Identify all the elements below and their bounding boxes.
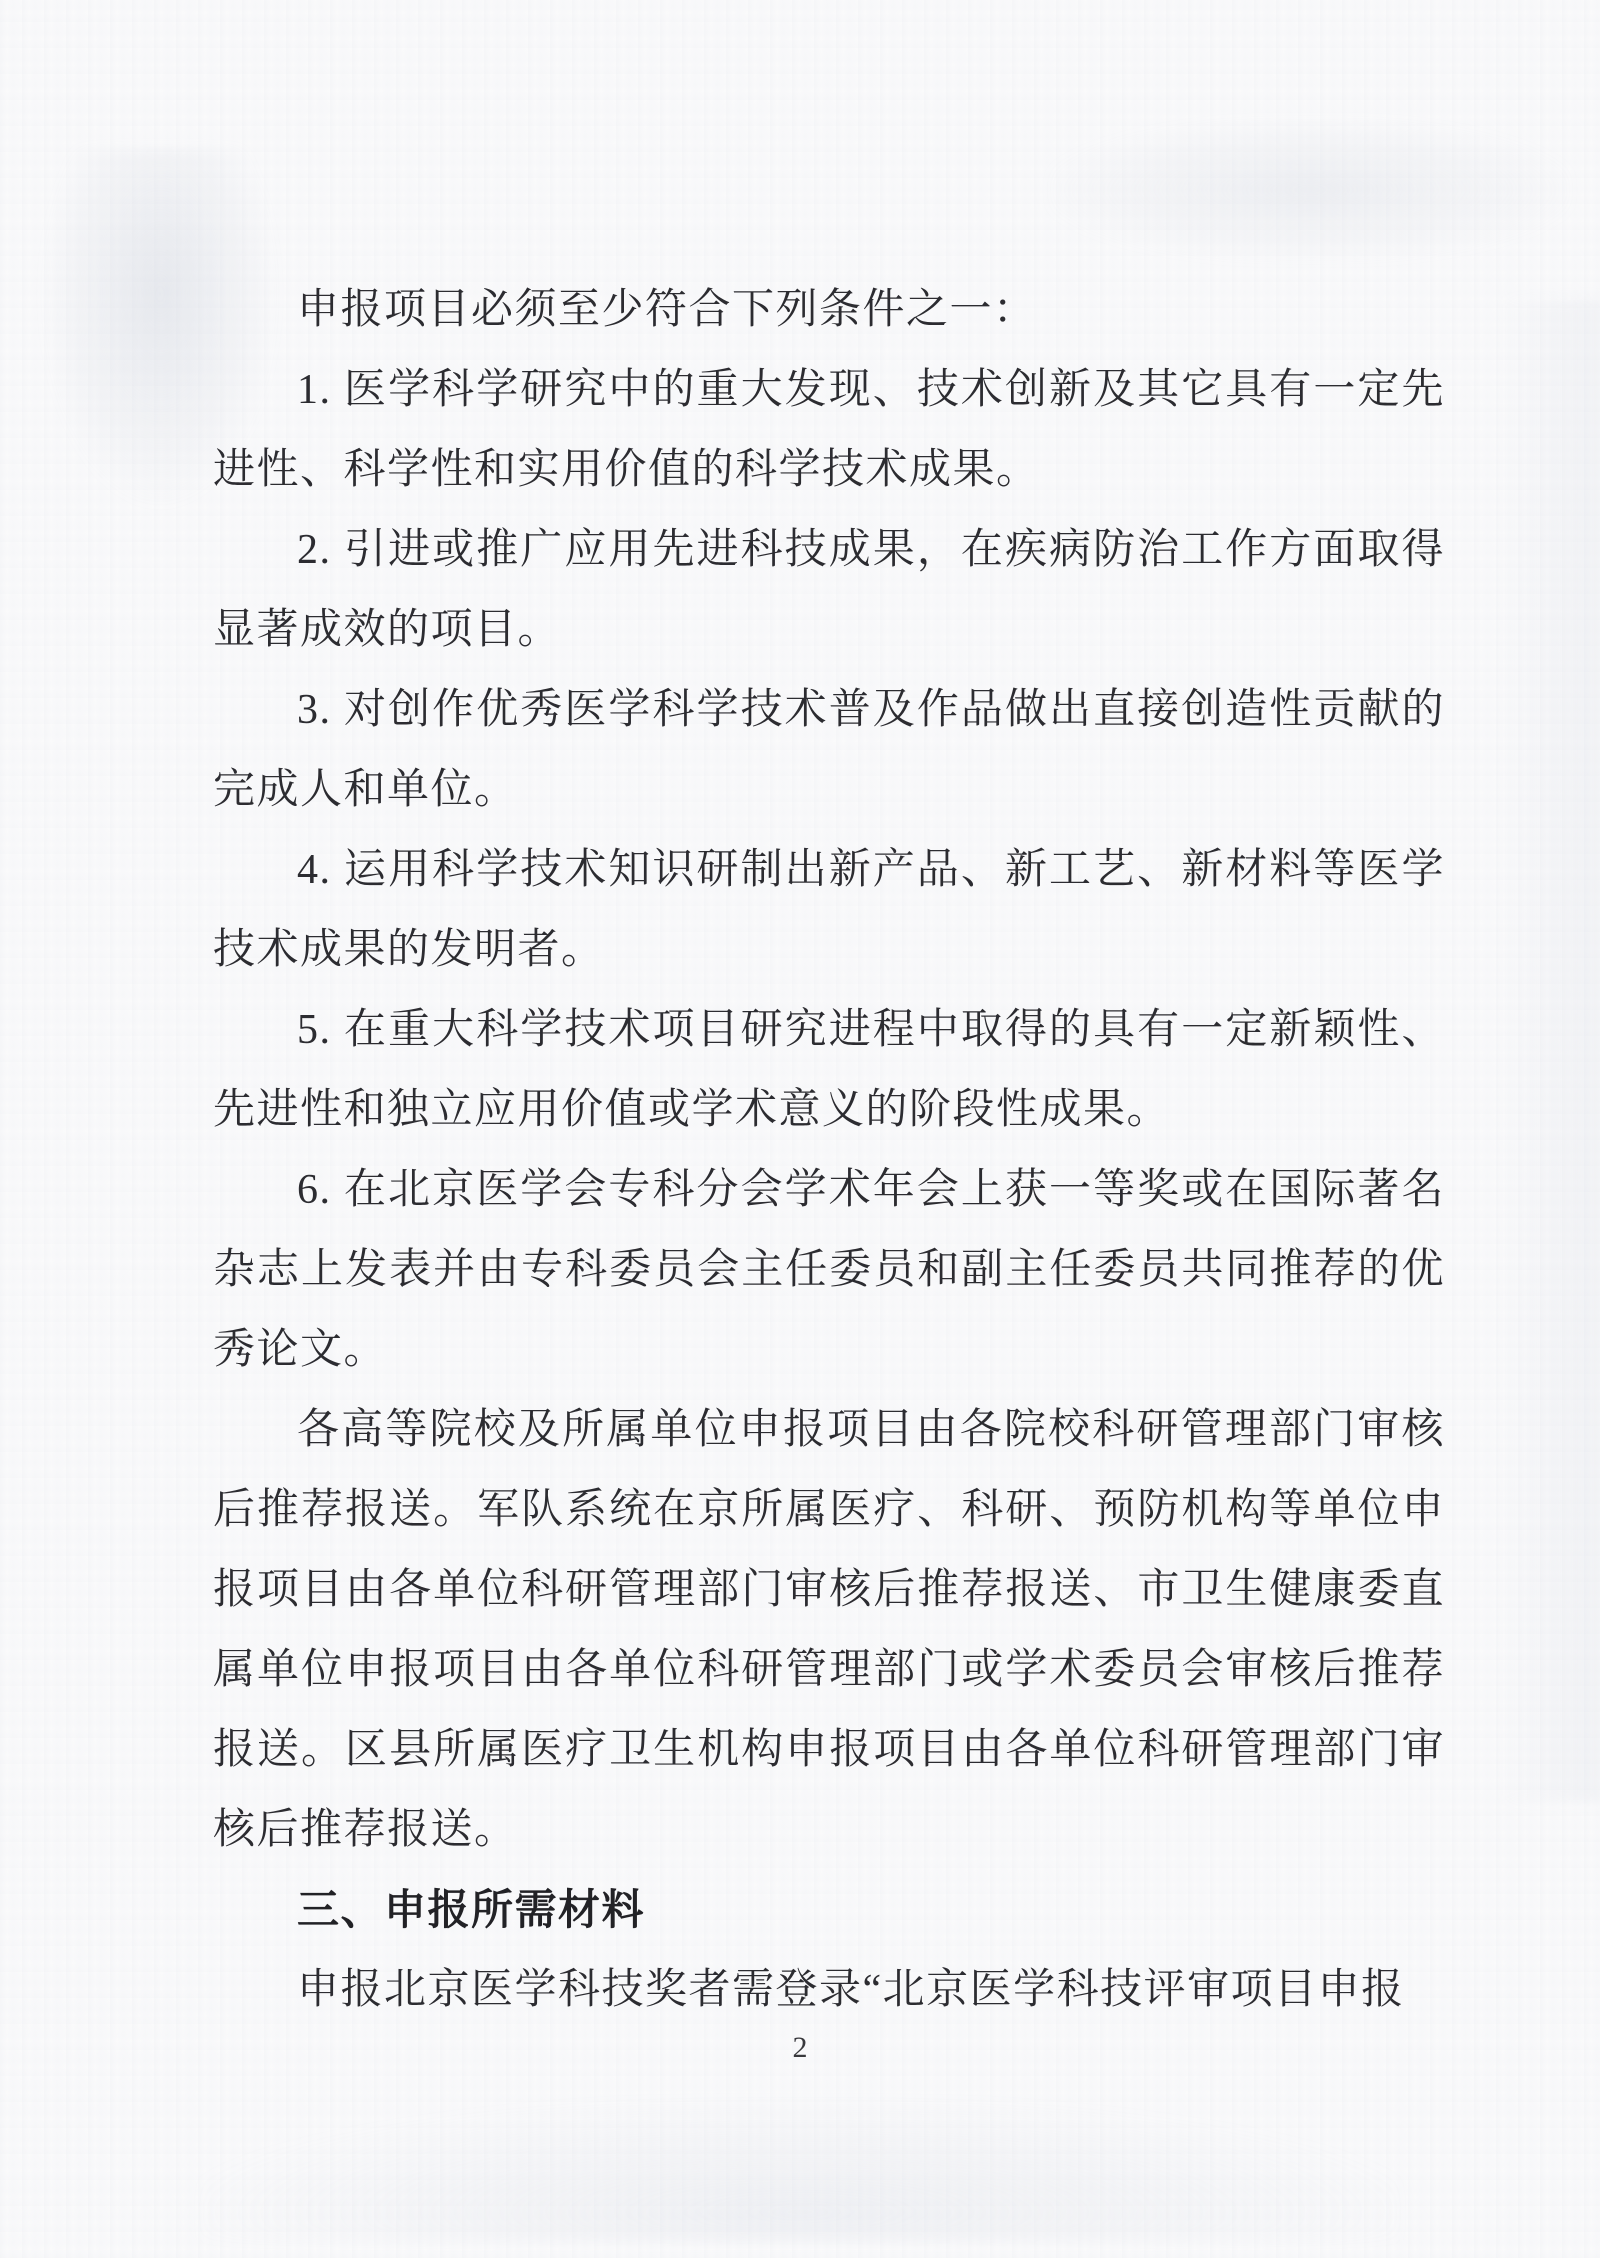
- scan-artifact: [1050, 120, 1570, 260]
- document-body: 申报项目必须至少符合下列条件之一：1. 医学科学研究中的重大发现、技术创新及其它…: [213, 270, 1445, 2030]
- paragraph: 1. 医学科学研究中的重大发现、技术创新及其它具有一定先进性、科学性和实用价值的…: [213, 350, 1445, 510]
- paragraph: 3. 对创作优秀医学科学技术普及作品做出直接创造性贡献的完成人和单位。: [213, 670, 1445, 830]
- paragraph: 5. 在重大科学技术项目研究进程中取得的具有一定新颖性、先进性和独立应用价值或学…: [213, 990, 1445, 1150]
- paragraph: 6. 在北京医学会专科分会学术年会上获一等奖或在国际著名杂志上发表并由专科委员会…: [213, 1150, 1445, 1390]
- section-heading: 三、申报所需材料: [213, 1870, 1445, 1950]
- paragraph: 各高等院校及所属单位申报项目由各院校科研管理部门审核后推荐报送。军队系统在京所属…: [213, 1390, 1445, 1870]
- scanned-document-page: { "page": { "number": "2", "background_c…: [0, 0, 1600, 2258]
- paragraph: 申报北京医学科技奖者需登录“北京医学科技评审项目申报: [213, 1950, 1445, 2030]
- paragraph: 4. 运用科学技术知识研制出新产品、新工艺、新材料等医学技术成果的发明者。: [213, 830, 1445, 990]
- scan-artifact: [1500, 300, 1600, 1800]
- page-number: 2: [0, 2028, 1600, 2068]
- paragraph: 2. 引进或推广应用先进科技成果，在疾病防治工作方面取得显著成效的项目。: [213, 510, 1445, 670]
- scan-artifact: [200, 2100, 1400, 2240]
- paragraph: 申报项目必须至少符合下列条件之一：: [213, 270, 1445, 350]
